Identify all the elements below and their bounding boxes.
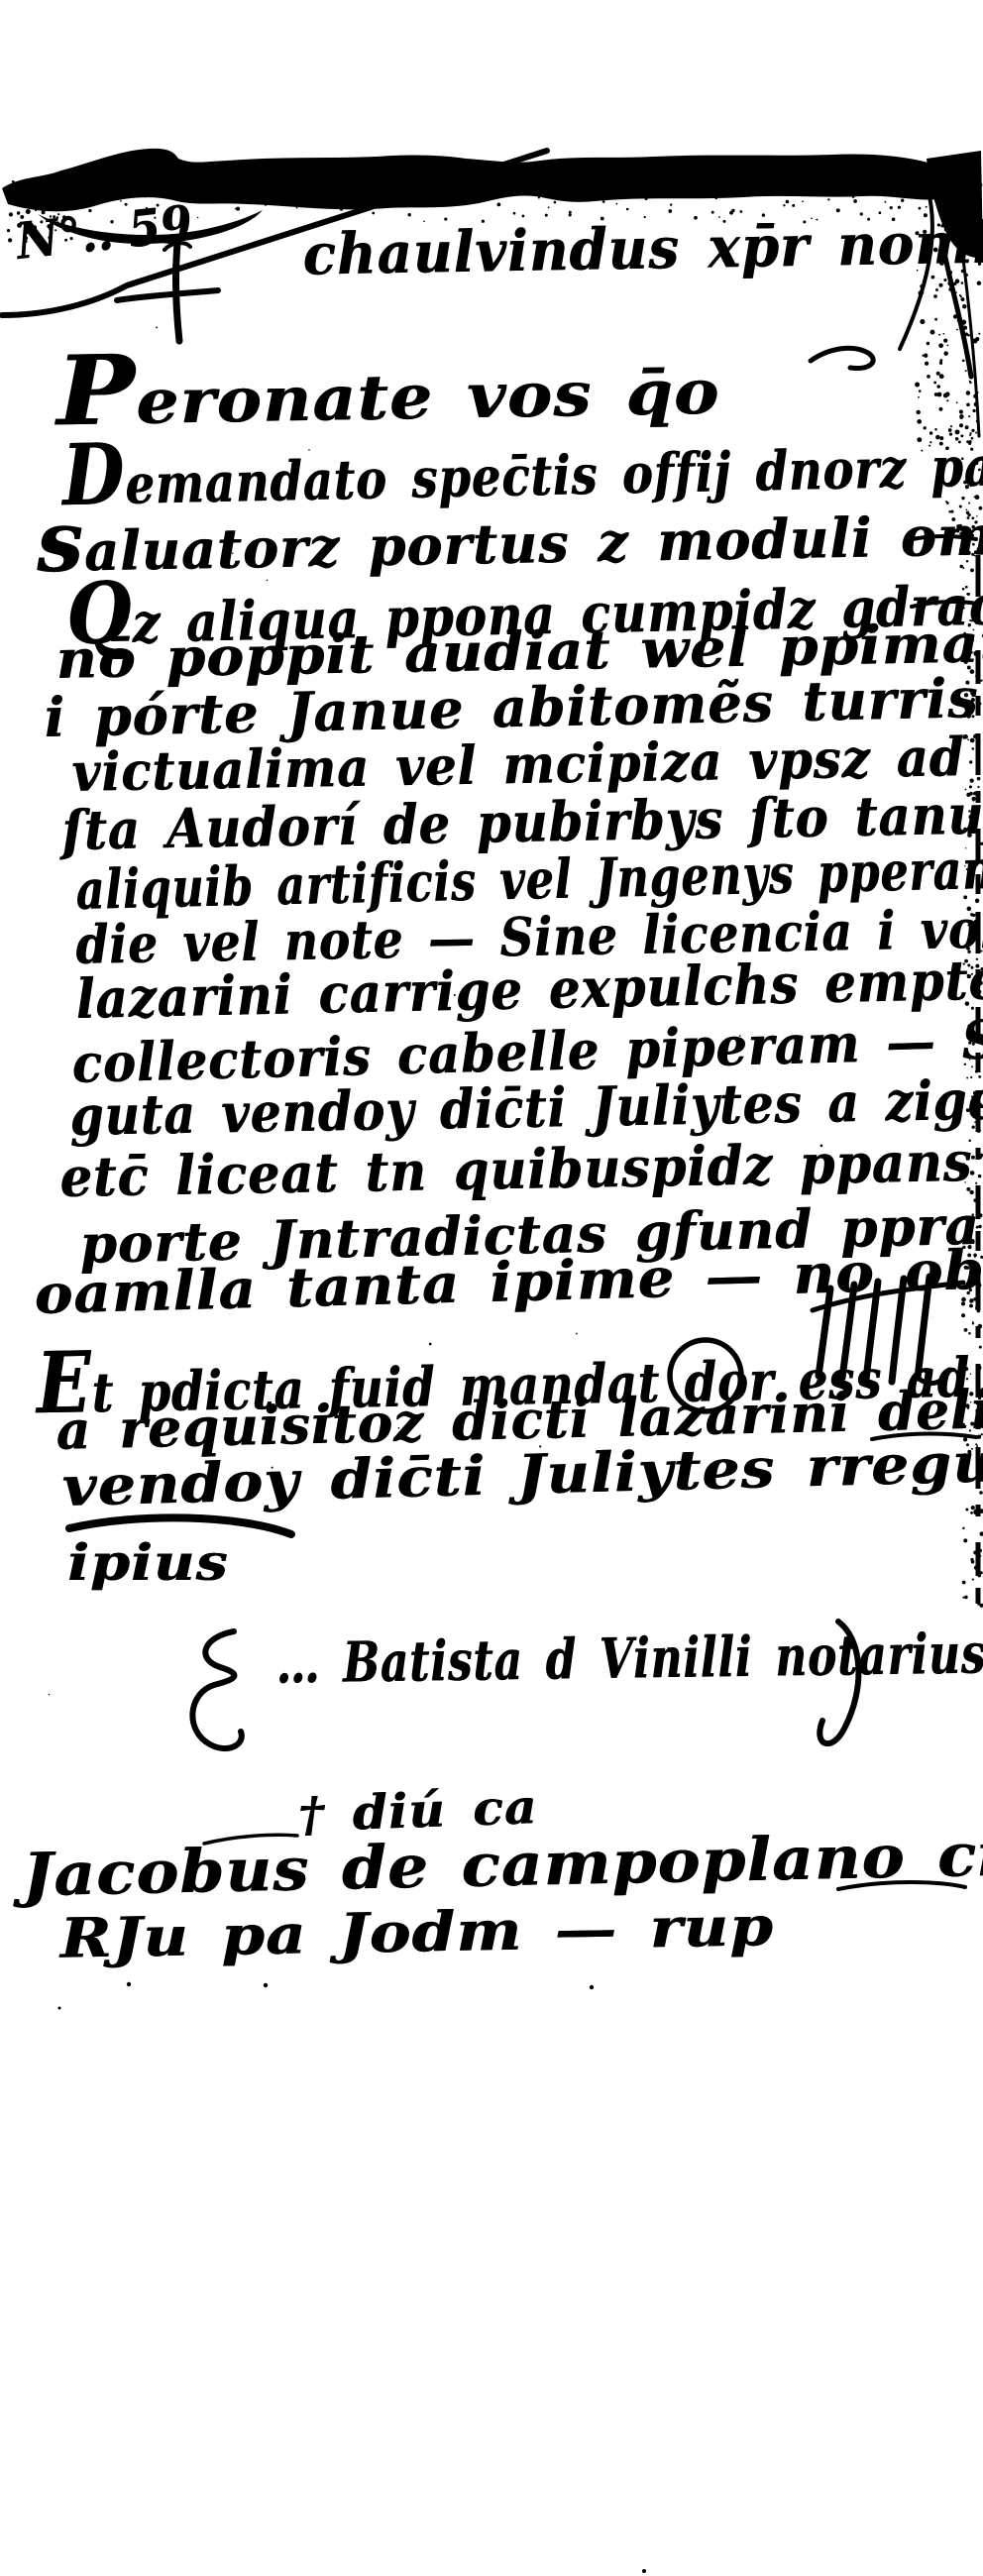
text-line: chaulvindus xp̄r nombis	[302, 213, 983, 283]
overline-mark	[69, 1517, 291, 1534]
notary-signature: … Batista d Vinilli notarius	[275, 1625, 983, 1691]
text-line: etc̄ liceat tn quibuspidz ppans dicto	[59, 1133, 983, 1206]
crease-hook-mark	[811, 348, 873, 368]
opening-cross-bar	[117, 290, 218, 300]
notary-flourish-z	[192, 1631, 241, 1748]
text-line: ipius	[67, 1538, 229, 1588]
crier-report: RJu pa Jodm — rup	[59, 1898, 774, 1965]
stray-specks	[58, 1982, 647, 2573]
manuscript-page: N°.. 59 chaulvindus xp̄r nombis Peronate…	[0, 0, 983, 2576]
